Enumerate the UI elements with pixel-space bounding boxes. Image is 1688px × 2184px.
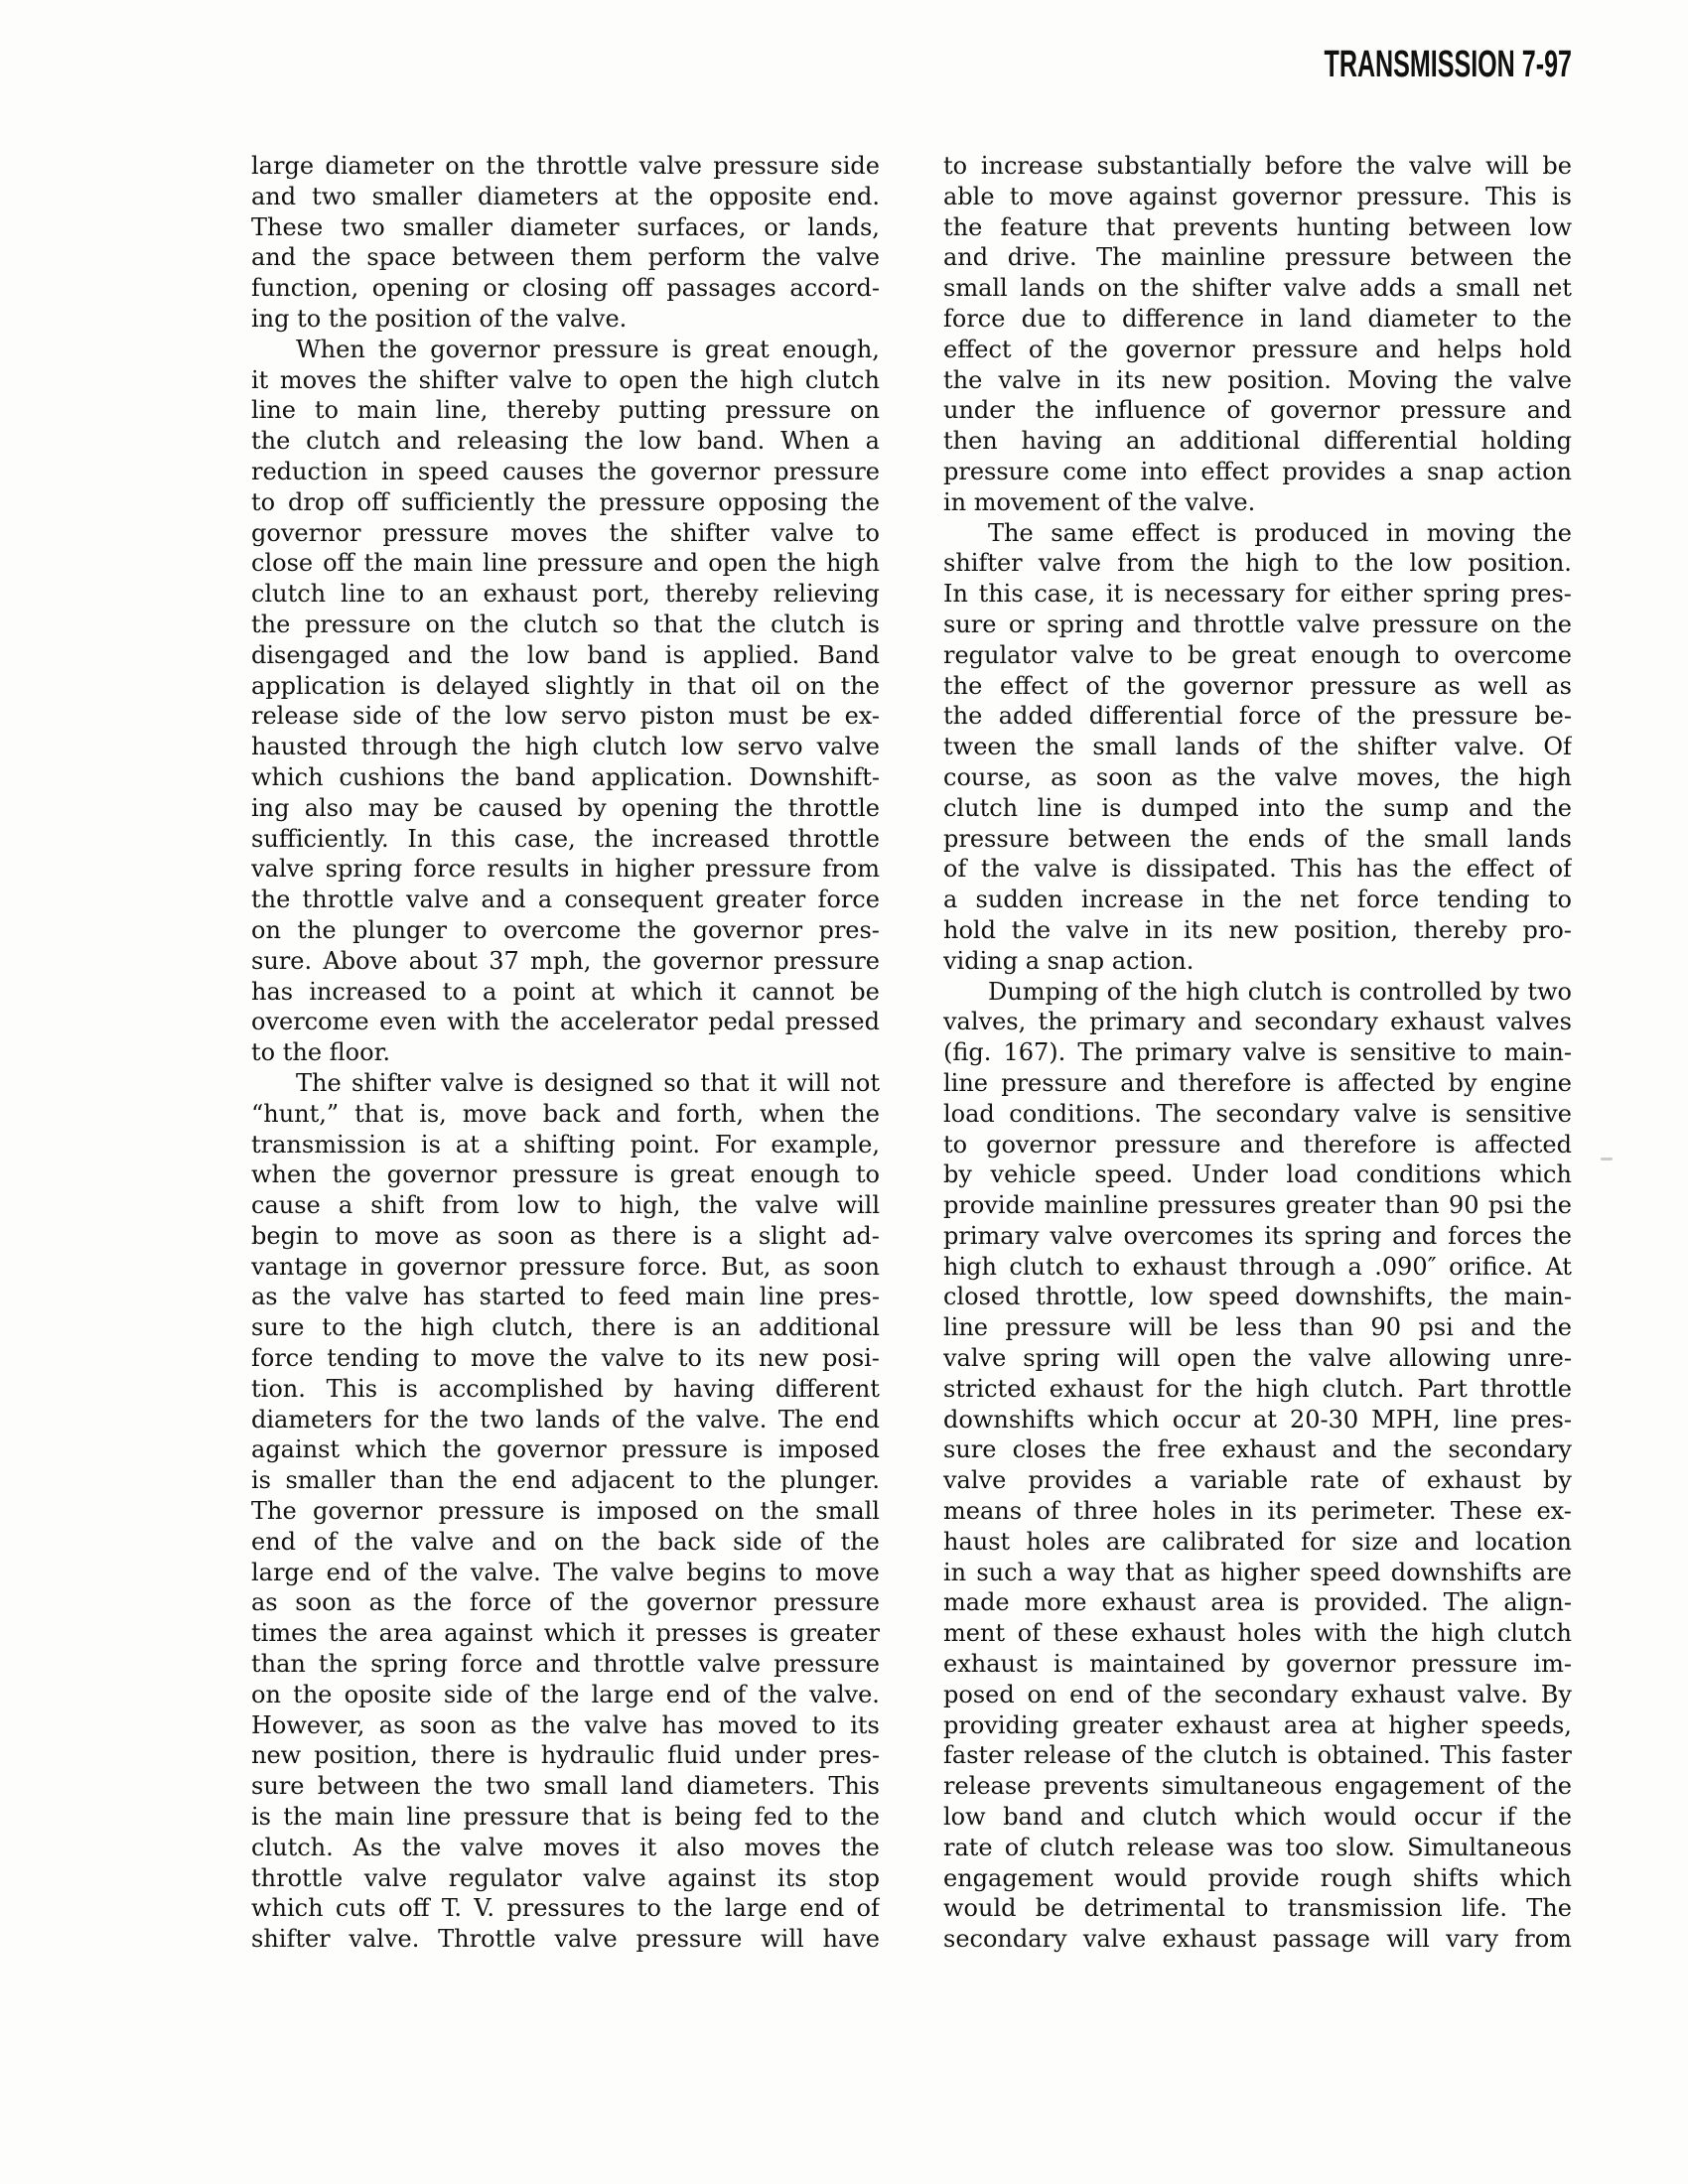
- scan-artifact-mark: [1601, 1158, 1613, 1160]
- paragraph: Whenthegovernorpressureisgreatenough,itm…: [251, 335, 880, 1068]
- text-line: sureclosesthefreeexhaustandthesecondary: [943, 1434, 1572, 1465]
- text-line: undertheinfluenceofgovernorpressureand: [943, 395, 1572, 426]
- text-line: Inthiscase,itisnecessaryforeitherspringp…: [943, 579, 1572, 610]
- text-line: pressurebetweentheendsofthesmalllands: [943, 824, 1572, 855]
- text-line: asthevalvehasstartedtofeedmainlinepres-: [251, 1282, 880, 1312]
- text-line: toincreasesubstantiallybeforethevalvewil…: [943, 151, 1572, 182]
- right-text-column: toincreasesubstantiallybeforethevalvewil…: [943, 151, 1572, 1955]
- text-line: providinggreaterexhaustareaathigherspeed…: [943, 1710, 1572, 1741]
- text-line: function,openingorclosingoffpassagesacco…: [251, 273, 880, 304]
- text-line: diametersforthetwolandsofthevalve.Theend: [251, 1405, 880, 1435]
- text-line: sureorspringandthrottlevalvepressureonth…: [943, 610, 1572, 640]
- text-line: insuchawaythatashigherspeeddownshiftsare: [943, 1558, 1572, 1588]
- paragraph: Thesameeffectisproducedinmovingtheshifte…: [943, 518, 1572, 977]
- text-line: whichcutsoffT.V.pressurestothelargeendof: [251, 1893, 880, 1924]
- text-line: shiftervalvefromthehightothelowposition.: [943, 548, 1572, 579]
- paragraph: toincreasesubstantiallybeforethevalvewil…: [943, 151, 1572, 518]
- text-line: providemainlinepressuresgreaterthan90psi…: [943, 1190, 1572, 1221]
- text-line: itmovestheshiftervalvetoopenthehighclutc…: [251, 365, 880, 396]
- text-line: linetomainline,therebyputtingpressureon: [251, 395, 880, 426]
- text-line: vantageingovernorpressureforce.But,assoo…: [251, 1252, 880, 1283]
- text-line: Whenthegovernorpressureisgreatenough,: [251, 335, 880, 365]
- text-line: transmissionisatashiftingpoint.Forexampl…: [251, 1130, 880, 1160]
- text-line: smalllandsontheshiftervalveaddsasmallnet: [943, 273, 1572, 304]
- left-text-column: largediameteronthethrottlevalvepressures…: [251, 151, 880, 1955]
- text-line: valvespringforceresultsinhigherpressuref…: [251, 854, 880, 885]
- text-line: hasincreasedtoapointatwhichitcannotbe: [251, 977, 880, 1008]
- text-line: tion.Thisisaccomplishedbyhavingdifferent: [251, 1374, 880, 1405]
- text-line: thanthespringforceandthrottlevalvepressu…: [251, 1649, 880, 1680]
- text-line: Dumpingofthehighclutchiscontrolledbytwo: [943, 977, 1572, 1008]
- text-line: exhaustismaintainedbygovernorpressureim-: [943, 1649, 1572, 1680]
- text-line: todropoffsufficientlythepressureopposing…: [251, 487, 880, 518]
- text-line: valvespringwillopenthevalveallowingunre-: [943, 1343, 1572, 1374]
- text-line: Theshiftervalveisdesignedsothatitwillnot: [251, 1068, 880, 1099]
- text-line: strictedexhaustforthehighclutch.Partthro…: [943, 1374, 1572, 1405]
- text-line: endofthevalveandonthebacksideofthe: [251, 1527, 880, 1558]
- text-line: thethrottlevalveandaconsequentgreaterfor…: [251, 885, 880, 915]
- text-line: in movement of the valve.: [943, 487, 1572, 518]
- text-line: abletomoveagainstgovernorpressure.Thisis: [943, 182, 1572, 212]
- manual-page: TRANSMISSION 7-97 largediameteronthethro…: [0, 0, 1688, 2184]
- text-line: highclutchtoexhaustthrougha.090″orifice.…: [943, 1252, 1572, 1283]
- text-line: primaryvalveovercomesitsspringandforcest…: [943, 1221, 1572, 1252]
- text-line: causeashiftfromlowtohigh,thevalvewill: [251, 1190, 880, 1221]
- text-line: byvehiclespeed.Underloadconditionswhich: [943, 1160, 1572, 1190]
- text-line: thepressureontheclutchsothattheclutchis: [251, 610, 880, 640]
- text-line: throttlevalveregulatorvalveagainstitssto…: [251, 1863, 880, 1894]
- text-line: However,assoonasthevalvehasmovedtoits: [251, 1710, 880, 1741]
- text-line: tweenthesmalllandsoftheshiftervalve.Of: [943, 732, 1572, 762]
- text-line: sure.Aboveabout37mph,thegovernorpressure: [251, 946, 880, 977]
- paragraph: Dumpingofthehighclutchiscontrolledbytwov…: [943, 977, 1572, 1956]
- text-line: fasterreleaseoftheclutchisobtained.Thisf…: [943, 1740, 1572, 1771]
- text-line: suretothehighclutch,thereisanadditional: [251, 1312, 880, 1343]
- text-line: releasesideofthelowservopistonmustbeex-: [251, 701, 880, 732]
- text-line: regulatorvalvetobegreatenoughtoovercome: [943, 640, 1572, 671]
- text-line: timestheareaagainstwhichitpressesisgreat…: [251, 1618, 880, 1649]
- text-line: surebetweenthetwosmalllanddiameters.This: [251, 1771, 880, 1802]
- page-header-title: TRANSMISSION 7-97: [1325, 44, 1572, 86]
- text-line: largediameteronthethrottlevalvepressures…: [251, 151, 880, 182]
- text-line: Thegovernorpressureisimposedonthesmall: [251, 1496, 880, 1527]
- text-line: whichcushionsthebandapplication.Downshif…: [251, 762, 880, 793]
- text-line: meansofthreeholesinitsperimeter.Theseex-: [943, 1496, 1572, 1527]
- text-line: whenthegovernorpressureisgreatenoughto: [251, 1160, 880, 1190]
- text-line: assoonastheforceofthegovernorpressure: [251, 1587, 880, 1618]
- text-line: holdthevalveinitsnewposition,therebypro-: [943, 915, 1572, 946]
- text-line: haustedthroughthehighclutchlowservovalve: [251, 732, 880, 762]
- text-line: Thesetwosmallerdiametersurfaces,orlands,: [251, 212, 880, 243]
- text-line: linepressureandthereforeisaffectedbyengi…: [943, 1068, 1572, 1099]
- text-line: theeffectofthegovernorpressureaswellas: [943, 671, 1572, 702]
- text-line: Thesameeffectisproducedinmovingthe: [943, 518, 1572, 549]
- text-line: ingalsomaybecausedbyopeningthethrottle: [251, 793, 880, 824]
- text-line: secondaryvalveexhaustpassagewillvaryfrom: [943, 1924, 1572, 1955]
- text-line: thevalveinitsnewposition.Movingthevalve: [943, 365, 1572, 396]
- text-line: ontheopositesideofthelargeendofthevalve.: [251, 1680, 880, 1710]
- text-line: (fig.167).Theprimaryvalveissensitivetoma…: [943, 1037, 1572, 1068]
- text-line: pressurecomeintoeffectprovidesasnapactio…: [943, 457, 1572, 487]
- text-line: sufficiently.Inthiscase,theincreasedthro…: [251, 824, 880, 855]
- text-line: linepressurewillbelessthan90psiandthe: [943, 1312, 1572, 1343]
- text-line: course,assoonasthevalvemoves,thehigh: [943, 762, 1572, 793]
- text-line: forcetendingtomovethevalvetoitsnewposi-: [251, 1343, 880, 1374]
- text-line: lowbandandclutchwhichwouldoccurifthe: [943, 1802, 1572, 1833]
- text-line: anddrive.Themainlinepressurebetweenthe: [943, 242, 1572, 273]
- text-line: begintomoveassoonasthereisaslightad-: [251, 1221, 880, 1252]
- text-line: forceduetodifferenceinlanddiametertothe: [943, 304, 1572, 335]
- text-line: wouldbedetrimentaltotransmissionlife.The: [943, 1893, 1572, 1924]
- text-line: againstwhichthegovernorpressureisimposed: [251, 1434, 880, 1465]
- text-line: downshiftswhichoccurat20-30MPH,linepres-: [943, 1405, 1572, 1435]
- paragraph: largediameteronthethrottlevalvepressures…: [251, 151, 880, 335]
- text-line: to the floor.: [251, 1037, 880, 1068]
- text-line: togovernorpressureandthereforeisaffected: [943, 1130, 1572, 1160]
- text-line: haustholesarecalibratedforsizeandlocatio…: [943, 1527, 1572, 1558]
- paragraph: Theshiftervalveisdesignedsothatitwillnot…: [251, 1068, 880, 1955]
- text-line: valves,theprimaryandsecondaryexhaustvalv…: [943, 1007, 1572, 1037]
- text-line: shiftervalve.Throttlevalvepressurewillha…: [251, 1924, 880, 1955]
- text-line: closedthrottle,lowspeeddownshifts,themai…: [943, 1282, 1572, 1312]
- text-line: ofthevalveisdissipated.Thishastheeffecto…: [943, 854, 1572, 885]
- text-line: rateofclutchreleasewastooslow.Simultaneo…: [943, 1833, 1572, 1863]
- text-line: posedonendofthesecondaryexhaustvalve.By: [943, 1680, 1572, 1710]
- text-line: theaddeddifferentialforceofthepressurebe…: [943, 701, 1572, 732]
- text-line: ing to the position of the valve.: [251, 304, 880, 335]
- text-line: closeoffthemainlinepressureandopenthehig…: [251, 548, 880, 579]
- text-line: clutch.Asthevalvemovesitalsomovesthe: [251, 1833, 880, 1863]
- text-line: loadconditions.Thesecondaryvalveissensit…: [943, 1099, 1572, 1130]
- text-line: largeendofthevalve.Thevalvebeginstomove: [251, 1558, 880, 1588]
- text-line: andtwosmallerdiametersattheoppositeend.: [251, 182, 880, 212]
- text-line: engagementwouldprovideroughshiftswhich: [943, 1863, 1572, 1894]
- text-line: andthespacebetweenthemperformthevalve: [251, 242, 880, 273]
- text-line: newposition,thereishydraulicfluidunderpr…: [251, 1740, 880, 1771]
- text-line: mademoreexhaustareaisprovided.Thealign-: [943, 1587, 1572, 1618]
- text-line: clutchlinetoanexhaustport,therebyrelievi…: [251, 579, 880, 610]
- text-line: effectofthegovernorpressureandhelpshold: [943, 335, 1572, 365]
- text-line: valveprovidesavariablerateofexhaustby: [943, 1465, 1572, 1496]
- text-line: issmallerthantheendadjacenttotheplunger.: [251, 1465, 880, 1496]
- text-line: mentoftheseexhaustholeswiththehighclutch: [943, 1618, 1572, 1649]
- text-line: releasepreventssimultaneousengagementoft…: [943, 1771, 1572, 1802]
- text-line: reductioninspeedcausesthegovernorpressur…: [251, 457, 880, 487]
- text-line: clutchlineisdumpedintothesumpandthe: [943, 793, 1572, 824]
- text-line: viding a snap action.: [943, 946, 1572, 977]
- text-line: applicationisdelayedslightlyinthatoilont…: [251, 671, 880, 702]
- text-line: “hunt,”thatis,movebackandforth,whenthe: [251, 1099, 880, 1130]
- text-line: thefeaturethatpreventshuntingbetweenlow: [943, 212, 1572, 243]
- text-line: governorpressuremovestheshiftervalveto: [251, 518, 880, 549]
- text-line: theclutchandreleasingthelowband.Whena: [251, 426, 880, 457]
- text-line: thenhavinganadditionaldifferentialholdin…: [943, 426, 1572, 457]
- text-line: asuddenincreaseinthenetforcetendingto: [943, 885, 1572, 915]
- text-line: ontheplungertoovercomethegovernorpres-: [251, 915, 880, 946]
- text-line: isthemainlinepressurethatisbeingfedtothe: [251, 1802, 880, 1833]
- text-line: overcomeevenwiththeacceleratorpedalpress…: [251, 1007, 880, 1037]
- text-line: disengagedandthelowbandisapplied.Band: [251, 640, 880, 671]
